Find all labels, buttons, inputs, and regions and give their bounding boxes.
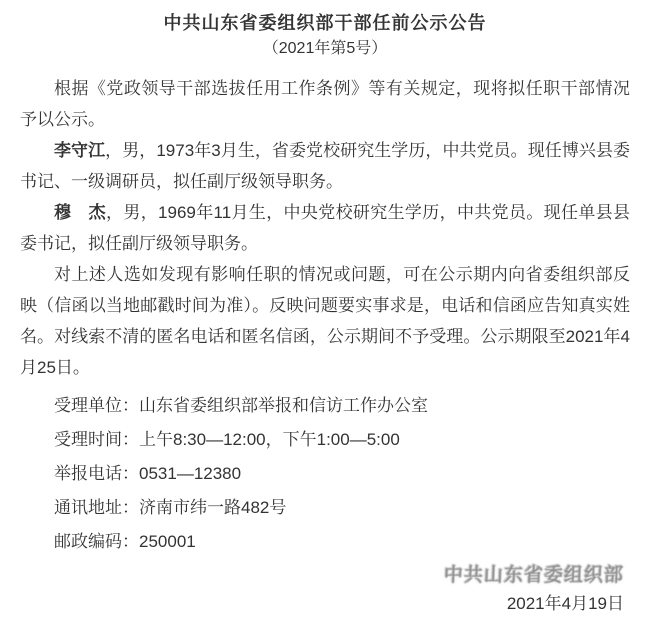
person-name: 李守江 bbox=[54, 141, 105, 160]
contact-row-postcode: 邮政编码：250001 bbox=[20, 525, 630, 559]
signature-block: 中共山东省委组织部 2021年4月19日 bbox=[20, 563, 630, 616]
contact-value: 山东省委组织部举报和信访工作办公室 bbox=[139, 396, 428, 415]
paragraph-text: ，男，1969年11月生，中央党校研究生学历，中共党员。现任单县县委书记，拟任副… bbox=[20, 203, 630, 253]
paragraph-person-2: 穆 杰，男，1969年11月生，中央党校研究生学历，中共党员。现任单县县委书记，… bbox=[20, 197, 630, 259]
contact-value: 上午8:30—12:00，下午1:00—5:00 bbox=[139, 430, 400, 449]
signature-watermark: 中共山东省委组织部 bbox=[20, 563, 625, 589]
contact-section: 受理单位：山东省委组织部举报和信访工作办公室 受理时间：上午8:30—12:00… bbox=[20, 389, 630, 559]
page-title: 中共山东省委组织部干部任前公示公告 bbox=[20, 12, 630, 34]
contact-row-address: 通讯地址：济南市纬一路482号 bbox=[20, 491, 630, 525]
contact-label: 通讯地址： bbox=[54, 498, 139, 517]
contact-value: 济南市纬一路482号 bbox=[139, 498, 286, 517]
contact-value: 0531—12380 bbox=[139, 464, 241, 483]
publish-date: 2021年4月19日 bbox=[20, 592, 624, 616]
paragraph-feedback-notice: 对上述人选如发现有影响任职的情况或问题，可在公示期内向省委组织部反映（信函以当地… bbox=[20, 259, 630, 383]
contact-label: 邮政编码： bbox=[54, 532, 139, 551]
contact-label: 受理时间： bbox=[54, 430, 139, 449]
contact-label: 受理单位： bbox=[54, 396, 139, 415]
paragraph-text: 对上述人选如发现有影响任职的情况或问题，可在公示期内向省委组织部反映（信函以当地… bbox=[20, 265, 630, 377]
document-body: 根据《党政领导干部选拔任用工作条例》等有关规定，现将拟任职干部情况予以公示。 李… bbox=[20, 73, 630, 383]
contact-value: 250001 bbox=[139, 532, 196, 551]
paragraph-intro: 根据《党政领导干部选拔任用工作条例》等有关规定，现将拟任职干部情况予以公示。 bbox=[20, 73, 630, 135]
contact-row-hours: 受理时间：上午8:30—12:00，下午1:00—5:00 bbox=[20, 423, 630, 457]
issue-number: （2021年第5号） bbox=[20, 39, 630, 58]
announcement-page: 中共山东省委组织部干部任前公示公告 （2021年第5号） 根据《党政领导干部选拔… bbox=[0, 0, 650, 622]
paragraph-text: ，男，1973年3月生，省委党校研究生学历，中共党员。现任博兴县委书记、一级调研… bbox=[20, 141, 630, 191]
person-name: 穆 杰 bbox=[54, 203, 106, 222]
contact-row-unit: 受理单位：山东省委组织部举报和信访工作办公室 bbox=[20, 389, 630, 423]
contact-label: 举报电话： bbox=[54, 464, 139, 483]
paragraph-text: 根据《党政领导干部选拔任用工作条例》等有关规定，现将拟任职干部情况予以公示。 bbox=[20, 79, 630, 129]
contact-row-phone: 举报电话：0531—12380 bbox=[20, 457, 630, 491]
paragraph-person-1: 李守江，男，1973年3月生，省委党校研究生学历，中共党员。现任博兴县委书记、一… bbox=[20, 135, 630, 197]
